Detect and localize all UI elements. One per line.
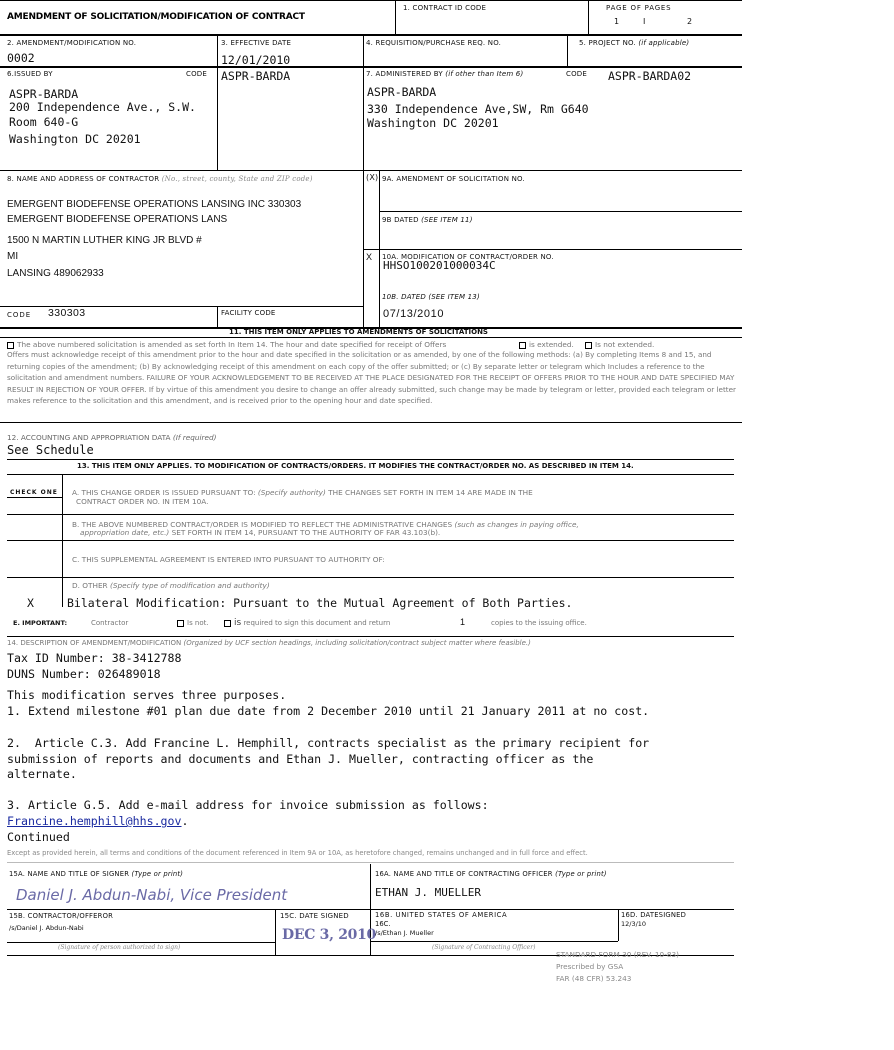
option-d-check-mark: X — [27, 596, 34, 610]
divider — [217, 306, 218, 327]
check-one-label: CHECK ONE — [10, 489, 58, 496]
officer-signature: /s/Ethan J. Mueller — [375, 929, 434, 937]
row-divider — [0, 422, 742, 423]
page-of-pages-label: PAGE OF PAGES — [606, 4, 671, 12]
contractor-sig-caption: (Signature of person authorized to sign) — [58, 944, 180, 951]
item11-heading: 11. THIS ITEM ONLY APPLIES TO AMENDMENTS… — [229, 328, 488, 336]
officer-name: ETHAN J. MUELLER — [375, 886, 481, 899]
item11-line1: The above numbered solicitation is amend… — [7, 340, 446, 349]
row-divider — [7, 514, 734, 515]
row-divider — [379, 211, 742, 212]
divider — [363, 35, 364, 327]
row-divider — [7, 942, 275, 943]
purpose-2-line2: submission of reports and documents and … — [7, 752, 593, 766]
issued-by-line: Washington DC 20201 — [9, 132, 141, 146]
contractor-line: LANSING 489062933 — [7, 268, 104, 279]
divider — [275, 909, 276, 956]
row-divider — [0, 170, 742, 171]
issued-by-line: ASPR-BARDA — [9, 87, 78, 101]
signer-name: Daniel J. Abdun-Nabi, Vice President — [16, 886, 287, 904]
dated-9b-label: 9B DATED (SEE ITEM 11) — [382, 216, 473, 224]
page-separator: I — [643, 17, 645, 26]
row-divider — [0, 66, 742, 68]
not-extended-option: Is not extended. — [585, 340, 654, 349]
copies-count: 1 — [460, 617, 465, 627]
divider — [567, 35, 568, 67]
project-no-label: 5. PROJECT NO. (if applicable) — [579, 39, 689, 47]
item11-paragraph: Offers must acknowledge receipt of this … — [7, 349, 742, 407]
continued-text: Continued — [7, 830, 70, 844]
row-divider — [7, 540, 734, 541]
contractor-offeror-label: 15B. CONTRACTOR/OFFEROR — [9, 912, 113, 920]
row-divider — [7, 862, 734, 863]
requisition-label: 4. REQUISITION/PURCHASE REQ. NO. — [366, 39, 501, 47]
copies-text: copies to the issuing office. — [491, 619, 587, 627]
contractor-label: 8. NAME AND ADDRESS OF CONTRACTOR (No., … — [7, 175, 313, 183]
amendment-no-value: 0002 — [7, 51, 35, 65]
contractor-line: EMERGENT BIODEFENSE OPERATIONS LANS — [7, 214, 227, 225]
row-divider — [363, 249, 742, 250]
tax-id: Tax ID Number: 38-3412788 — [7, 651, 182, 665]
officer-label: 16A. NAME AND TITLE OF CONTRACTING OFFIC… — [375, 870, 607, 878]
usa-16c: 16C. — [375, 920, 391, 928]
row-divider — [7, 497, 62, 498]
contractor-signature: /s/Daniel J. Abdun-Nabi — [9, 924, 84, 932]
row-divider — [7, 577, 734, 578]
date-signed-16d: 12/3/10 — [621, 920, 646, 928]
is-not-checkbox[interactable] — [177, 620, 184, 627]
top-border — [0, 0, 742, 1]
check-x-header: (X) — [366, 173, 378, 182]
row-divider — [0, 34, 742, 36]
date-signed-15c-stamp: DEC 3, 2010 — [282, 927, 376, 943]
option-d-value: Bilateral Modification: Pursuant to the … — [67, 596, 572, 610]
form-title: AMENDMENT OF SOLICITATION/MODIFICATION O… — [7, 12, 305, 22]
modification-check-mark: X — [366, 252, 372, 262]
is-not-option: Is not. — [177, 619, 209, 627]
purpose-2: 2. Article C.3. Add Francine L. Hemphill… — [7, 736, 649, 750]
option-a-line2: CONTRACT ORDER NO. IN ITEM 10A. — [76, 497, 208, 506]
item13-heading: 13. THIS ITEM ONLY APPLIES. TO MODIFICAT… — [77, 462, 634, 470]
dated-10b-label: 10B. DATED (SEE ITEM 13) — [382, 293, 480, 301]
amendment-no-label: 2. AMENDMENT/MODIFICATION NO. — [7, 39, 136, 47]
contract-id-code-label: 1. CONTRACT ID CODE — [403, 4, 486, 12]
option-a: A. THIS CHANGE ORDER IS ISSUED PURSUANT … — [72, 488, 533, 497]
divider — [217, 35, 218, 170]
date-signed-16d-label: 16D. DATESIGNED — [621, 911, 686, 919]
issued-by-code-label: CODE — [186, 70, 207, 78]
is-option: is required to sign this document and re… — [224, 618, 390, 628]
facility-code-label: FACILITY CODE — [221, 309, 276, 317]
total-pages: 2 — [687, 17, 692, 26]
email-link[interactable]: Francine.hemphill@hhs.gov — [7, 814, 182, 828]
item14-label: 14. DESCRIPTION OF AMENDMENT/MODIFICATIO… — [7, 639, 531, 647]
contractor-code-label: CODE — [7, 311, 31, 319]
mod-contract-no: HHSO100201000034C — [383, 259, 496, 272]
email-line: Francine.hemphill@hhs.gov. — [7, 814, 189, 828]
issued-by-label: 6.ISSUED BY — [7, 70, 53, 78]
duns-number: DUNS Number: 026489018 — [7, 667, 161, 681]
issued-by-line: 200 Independence Ave., S.W. — [9, 100, 196, 114]
administered-by-line: ASPR-BARDA — [367, 85, 436, 99]
extended-checkbox[interactable] — [519, 342, 526, 349]
administered-by-code: ASPR-BARDA02 — [608, 69, 691, 83]
option-d: D. OTHER (Specify type of modification a… — [72, 581, 270, 590]
important-label: E. IMPORTANT: — [13, 619, 67, 627]
solicitation-checkbox[interactable] — [7, 342, 14, 349]
divider — [395, 0, 396, 35]
effective-date-label: 3. EFFECTIVE DATE — [221, 39, 291, 47]
administered-by-code-label: CODE — [566, 70, 587, 78]
extended-option: is extended. — [519, 340, 574, 349]
purpose-3: 3. Article G.5. Add e-mail address for i… — [7, 798, 489, 812]
row-divider — [7, 474, 734, 475]
row-divider — [0, 337, 742, 338]
footer-far: FAR (48 CFR) 53.243 — [556, 973, 631, 985]
usa-label: 16B. UNITED STATES OF AMERICA — [375, 911, 507, 919]
administered-by-label: 7. ADMINISTERED BY (if other than Item 6… — [366, 70, 523, 78]
signer-label: 15A. NAME AND TITLE OF SIGNER (Type or p… — [9, 870, 183, 878]
row-divider — [7, 636, 734, 637]
contractor-code: 330303 — [48, 307, 85, 319]
amendment-solicitation-label: 9A. AMENDMENT OF SOLICITATION NO. — [382, 175, 525, 183]
option-c: C. THIS SUPPLEMENTAL AGREEMENT IS ENTERE… — [72, 555, 385, 564]
footer-form-number: STANDARD FORM 30 (REV. 10-83) — [556, 949, 679, 961]
dated-10b-value: 07/13/2010 — [383, 308, 444, 320]
footer-prescribed: Prescribed by GSA — [556, 961, 623, 973]
issued-by-line: Room 640-G — [9, 115, 78, 129]
administered-by-line: Washington DC 20201 — [367, 116, 499, 130]
issued-by-code: ASPR-BARDA — [221, 69, 290, 83]
effective-date-value: 12/01/2010 — [221, 53, 290, 67]
contractor-line: MI — [7, 251, 18, 262]
option-b-line2: appropriation date, etc.) SET FORTH IN I… — [80, 528, 440, 537]
contractor-line: 1500 N MARTIN LUTHER KING JR BLVD # — [7, 235, 202, 246]
purpose-1: 1. Extend milestone #01 plan due date fr… — [7, 704, 649, 718]
row-divider — [370, 941, 618, 942]
divider — [588, 0, 589, 35]
page-number: 1 — [614, 17, 619, 26]
not-extended-checkbox[interactable] — [585, 342, 592, 349]
officer-sig-caption: (Signature of Contracting Officer) — [432, 944, 535, 951]
administered-by-line: 330 Independence Ave,SW, Rm G640 — [367, 102, 589, 116]
purpose-intro: This modification serves three purposes. — [7, 688, 286, 702]
row-divider — [7, 909, 734, 910]
row-divider — [7, 459, 734, 460]
contractor-line: EMERGENT BIODEFENSE OPERATIONS LANSING I… — [7, 199, 301, 210]
is-checkbox[interactable] — [224, 620, 231, 627]
except-clause: Except as provided herein, all terms and… — [7, 849, 588, 857]
purpose-2-line3: alternate. — [7, 767, 77, 781]
important-contractor: Contractor — [91, 619, 128, 627]
item12-label: 12. ACCOUNTING AND APPROPRIATION DATA (I… — [7, 433, 217, 442]
divider — [618, 909, 619, 941]
date-signed-15c-label: 15C. DATE SIGNED — [280, 912, 349, 920]
item12-value: See Schedule — [7, 443, 94, 457]
